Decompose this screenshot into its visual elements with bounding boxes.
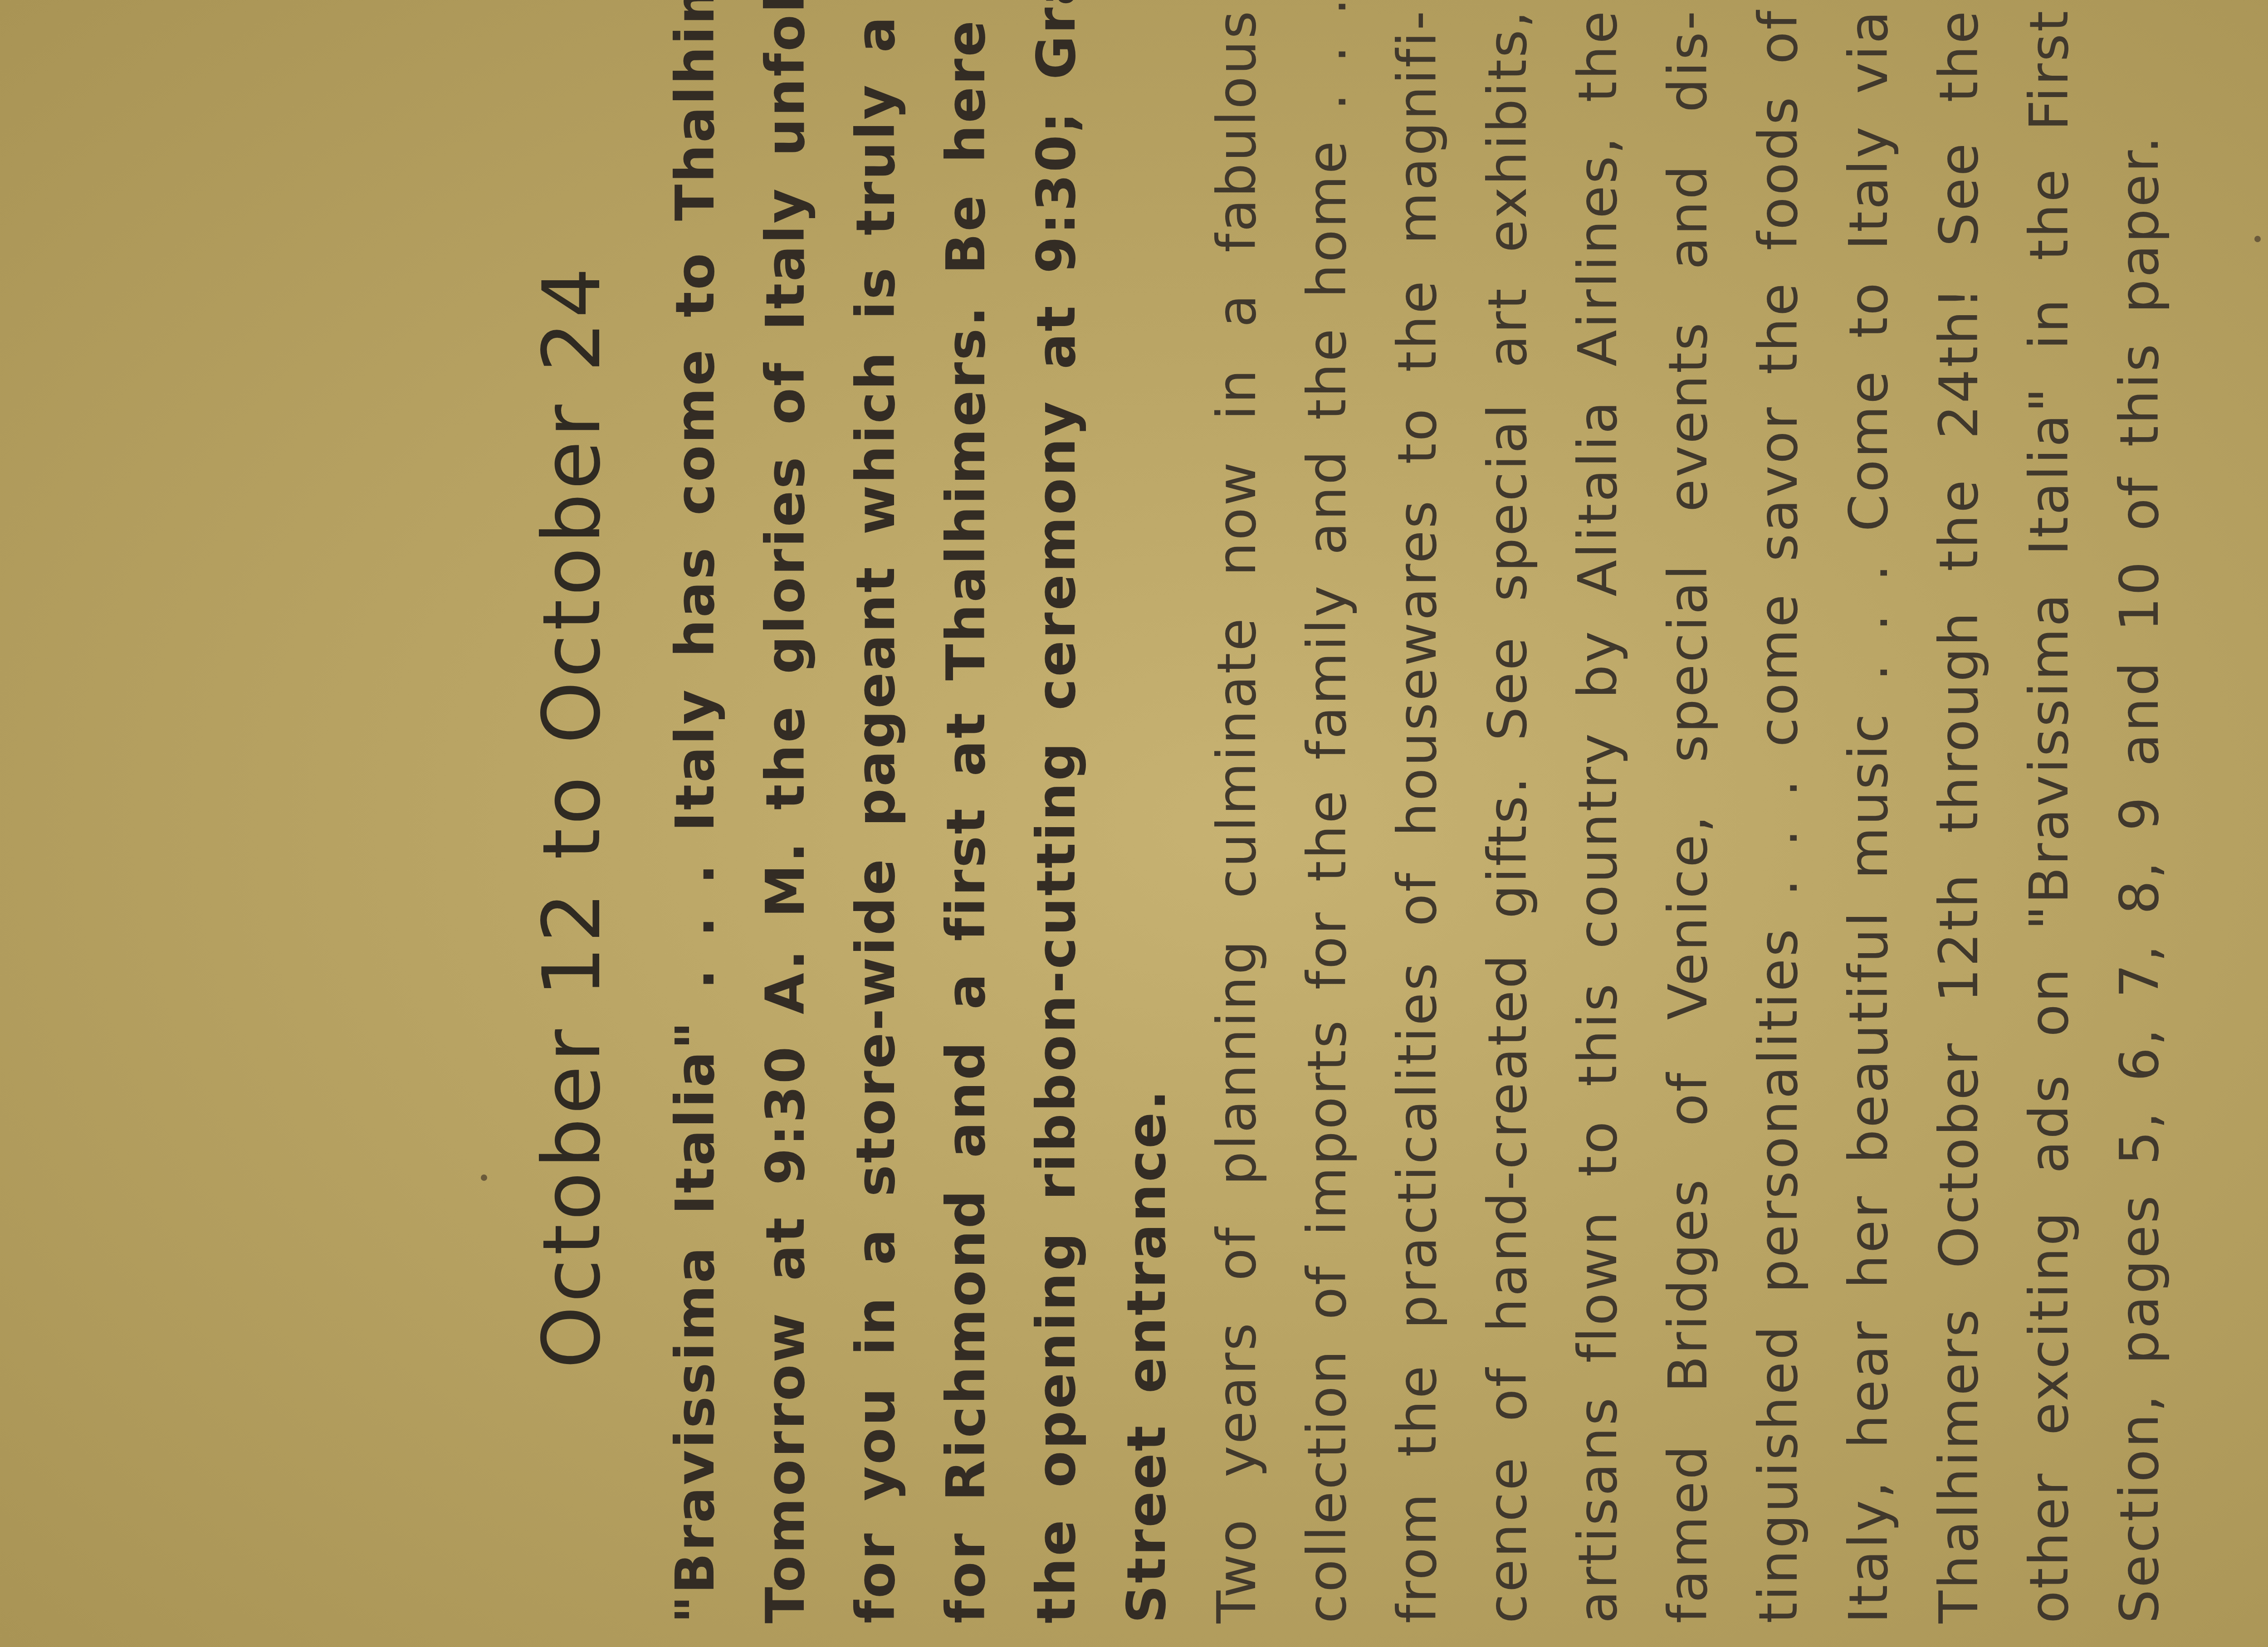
text-line: tinguished personalities . . . come savo… [1733, 9, 1823, 1623]
text-line: other exciting ads on "Bravissima Italia… [2004, 9, 2094, 1623]
text-line: from the practicalities of housewares to… [1372, 9, 1462, 1623]
paragraph-intro: "Bravissima Italia" . . . Italy has come… [650, 9, 1192, 1623]
paper-speck [481, 1174, 487, 1181]
text-line: Thalhimers October 12th through the 24th… [1914, 9, 2004, 1623]
text-line: for you in a store-wide pageant which is… [831, 9, 921, 1623]
text-line: cence of hand-created gifts. See special… [1462, 9, 1553, 1623]
paper-speck [2254, 236, 2261, 242]
text-line: famed Bridges of Venice, special events … [1643, 9, 1733, 1623]
paragraph-body: Two years of planning culminate now in a… [1192, 9, 2185, 1623]
text-line: the opening ribbon-cutting ceremony at 9… [1011, 9, 1101, 1623]
rotated-article: October 12 to October 24 "Bravissima Ita… [526, 9, 2268, 1623]
text-line: collection of imports for the family and… [1282, 9, 1372, 1623]
text-line: Two years of planning culminate now in a… [1192, 9, 1282, 1623]
text-line: Tomorrow at 9:30 A. M. the glories of It… [740, 9, 831, 1623]
headline: October 12 to October 24 [526, 9, 618, 1623]
text-line: Street entrance. [1101, 9, 1192, 1623]
text-line: "Bravissima Italia" . . . Italy has come… [650, 9, 740, 1623]
text-line: for Richmond and a first at Thalhimers. … [921, 9, 1011, 1623]
text-line: artisans flown to this country by Alital… [1553, 9, 1643, 1623]
newspaper-photo: October 12 to October 24 "Bravissima Ita… [0, 0, 2268, 1647]
text-line: Italy, hear her beautiful music . . . Co… [1823, 9, 1914, 1623]
text-line: Section, pages 5, 6, 7, 8, 9 and 10 of t… [2094, 9, 2185, 1623]
